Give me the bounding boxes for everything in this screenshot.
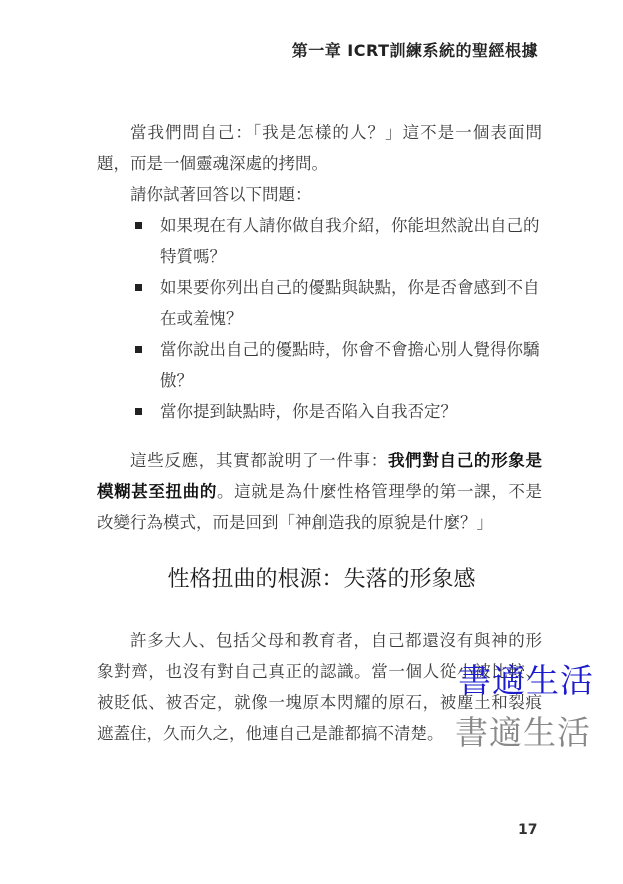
reflection-paragraph: 這些反應，其實都說明了一件事：我們對自己的形象是模糊甚至扭曲的。這就是為什麼性格… <box>97 445 542 538</box>
question-text: 如果現在有人請你做自我介紹，你能坦然說出自己的特質嗎？ <box>160 216 540 266</box>
question-item: 如果現在有人請你做自我介紹，你能坦然說出自己的特質嗎？ <box>97 210 542 272</box>
watermark-blue: 書適生活 <box>458 664 594 697</box>
reflection-block: 這些反應，其實都說明了一件事：我們對自己的形象是模糊甚至扭曲的。這就是為什麼性格… <box>97 445 542 538</box>
section-heading: 性格扭曲的根源：失落的形象感 <box>0 562 623 593</box>
square-bullet-icon <box>135 408 142 415</box>
intro-paragraph: 當我們問自己：「我是怎樣的人？」這不是一個表面問題，而是一個靈魂深處的拷問。 <box>97 117 542 179</box>
square-bullet-icon <box>135 284 142 291</box>
square-bullet-icon <box>135 222 142 229</box>
intro-block: 當我們問自己：「我是怎樣的人？」這不是一個表面問題，而是一個靈魂深處的拷問。 請… <box>97 117 542 427</box>
instruction-paragraph: 請你試著回答以下問題： <box>97 179 542 210</box>
running-header-chapter-title: 第一章 ICRT訓練系統的聖經根據 <box>292 38 538 61</box>
question-item: 如果要你列出自己的優點與缺點，你是否會感到不自在或羞愧？ <box>97 272 542 334</box>
square-bullet-icon <box>135 346 142 353</box>
question-item: 當你說出自己的優點時，你會不會擔心別人覺得你驕傲？ <box>97 334 542 396</box>
watermark-gray: 書適生活 <box>455 716 591 749</box>
question-list: 如果現在有人請你做自我介紹，你能坦然說出自己的特質嗎？ 如果要你列出自己的優點與… <box>97 210 542 427</box>
page-number: 17 <box>518 822 537 838</box>
reflection-lead: 這些反應，其實都說明了一件事： <box>130 451 388 470</box>
question-text: 如果要你列出自己的優點與缺點，你是否會感到不自在或羞愧？ <box>160 278 540 328</box>
question-text: 當你說出自己的優點時，你會不會擔心別人覺得你驕傲？ <box>160 340 540 390</box>
question-item: 當你提到缺點時，你是否陷入自我否定？ <box>97 396 542 427</box>
question-text: 當你提到缺點時，你是否陷入自我否定？ <box>160 402 457 421</box>
